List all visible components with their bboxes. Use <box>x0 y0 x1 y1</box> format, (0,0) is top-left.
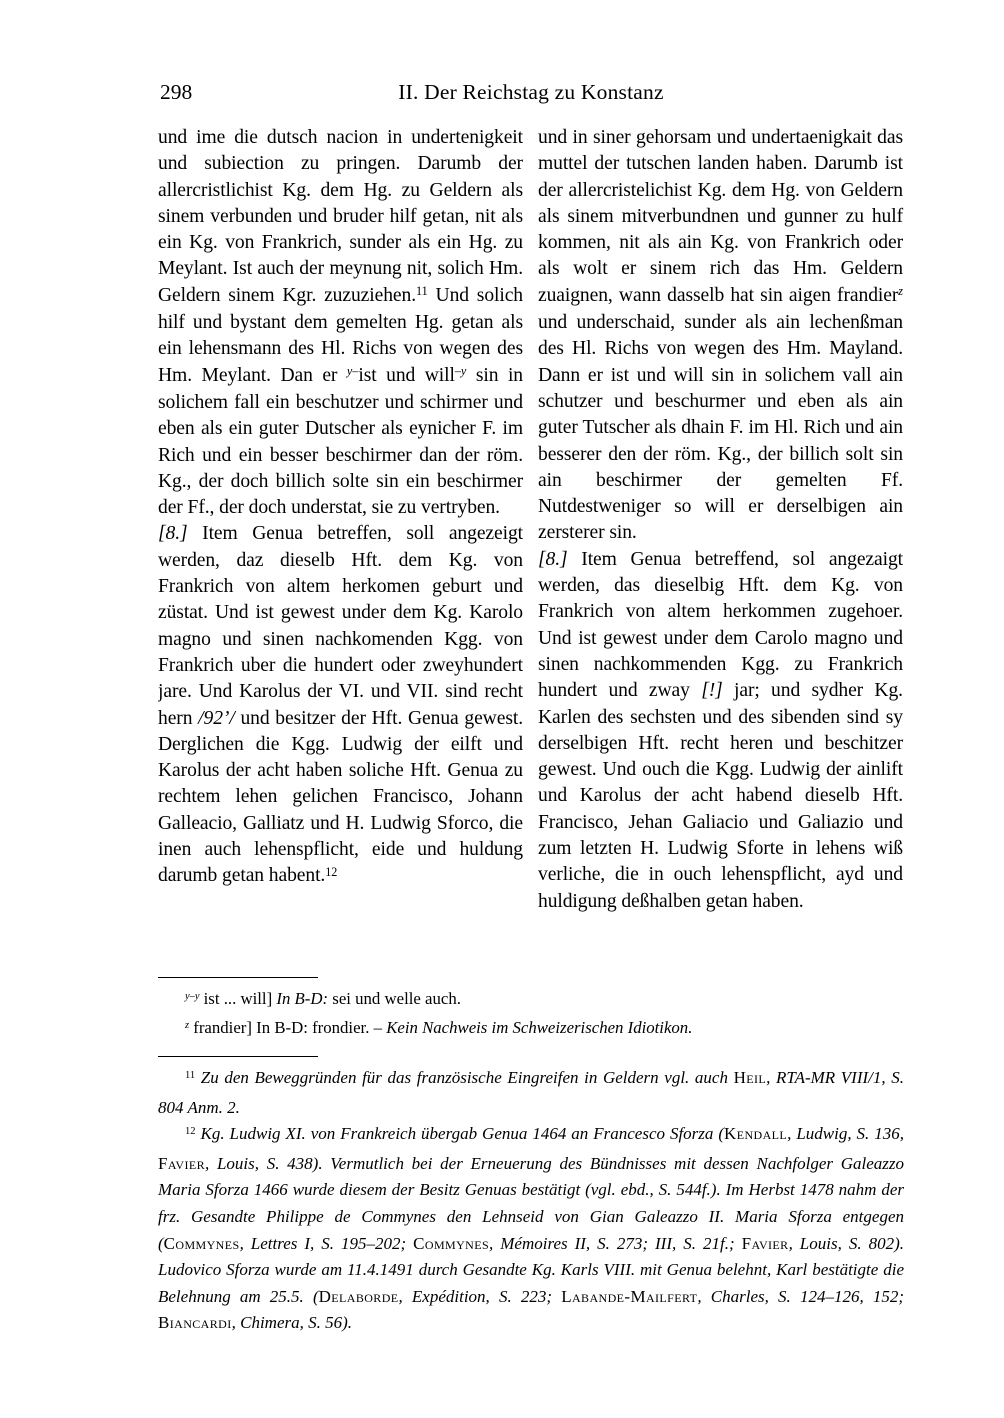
apparatus-separator-rule <box>158 977 318 978</box>
text-columns: und ime die dutsch nacion in undertenigk… <box>158 125 904 967</box>
left-column: und ime die dutsch nacion in undertenigk… <box>158 125 523 967</box>
page-header: 298 II. Der Reichstag zu Konstanz <box>158 80 904 108</box>
right-column: und in siner gehorsam und undertaenigkai… <box>538 125 903 967</box>
running-head: II. Der Reichstag zu Konstanz <box>158 80 904 105</box>
footnotes-section: 11 Zu den Beweggründen für das französis… <box>158 1056 904 1337</box>
right-paragraph-continuation: und in siner gehorsam und undertaenigkai… <box>538 125 903 547</box>
apparatus-entry-y: y–y ist ... will] In B-D: sei und welle … <box>158 986 904 1015</box>
apparatus-entry-z: z frandier] In B-D: frondier. – Kein Nac… <box>158 1015 904 1044</box>
footnote-12: 12 Kg. Ludwig XI. von Frankreich übergab… <box>158 1121 904 1337</box>
variant-apparatus: y–y ist ... will] In B-D: sei und welle … <box>158 977 904 1043</box>
right-paragraph-item-8: [8.] Item Genua betreffend, sol angezaig… <box>538 547 903 915</box>
footnote-11: 11 Zu den Beweggründen für das französis… <box>158 1065 904 1121</box>
left-paragraph-continuation: und ime die dutsch nacion in undertenigk… <box>158 125 523 521</box>
footnote-separator-rule <box>158 1056 318 1057</box>
book-page: 298 II. Der Reichstag zu Konstanz und im… <box>0 0 1004 1418</box>
left-paragraph-item-8: [8.] Item Genua betreffen, soll angezeig… <box>158 521 523 890</box>
